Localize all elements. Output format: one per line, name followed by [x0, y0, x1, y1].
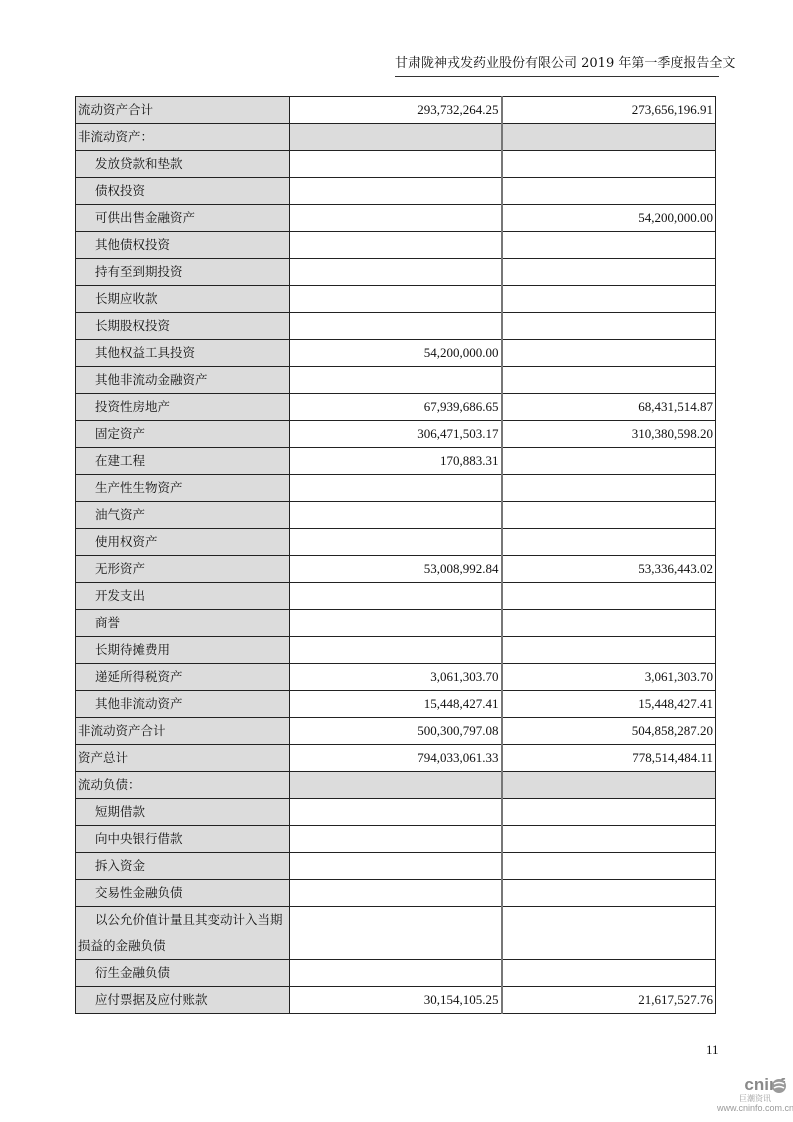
row-label: 交易性金融负债 [76, 880, 290, 907]
table-row: 债权投资 [76, 178, 716, 205]
total-row: 资产总计794,033,061.33778,514,484.11 [76, 745, 716, 772]
current-period-value [290, 286, 502, 313]
current-period-value [290, 205, 502, 232]
row-label: 资产总计 [76, 745, 290, 772]
table-row: 其他债权投资 [76, 232, 716, 259]
page-number: 11 [706, 1042, 719, 1058]
previous-period-value: 53,336,443.02 [502, 556, 716, 583]
previous-period-value [502, 907, 716, 960]
previous-period-value [502, 853, 716, 880]
current-period-value: 30,154,105.25 [290, 987, 502, 1014]
table-row: 长期股权投资 [76, 313, 716, 340]
table-row: 其他非流动资产15,448,427.4115,448,427.41 [76, 691, 716, 718]
current-period-value: 67,939,686.65 [290, 394, 502, 421]
previous-period-value [502, 448, 716, 475]
previous-period-value [502, 529, 716, 556]
previous-period-value: 54,200,000.00 [502, 205, 716, 232]
table-row: 发放贷款和垫款 [76, 151, 716, 178]
row-label: 递延所得税资产 [76, 664, 290, 691]
current-period-value [290, 637, 502, 664]
logo-url-text: www.cninfo.com.cn [717, 1103, 793, 1114]
row-label: 无形资产 [76, 556, 290, 583]
previous-period-value [502, 367, 716, 394]
cninfo-logo: cninf 巨潮资讯 www.cninfo.com.cn [717, 1076, 793, 1122]
current-period-value [290, 529, 502, 556]
previous-period-value: 273,656,196.91 [502, 97, 716, 124]
row-label: 持有至到期投资 [76, 259, 290, 286]
current-period-value [290, 799, 502, 826]
previous-period-value [502, 880, 716, 907]
table-row: 商誉 [76, 610, 716, 637]
current-period-value: 794,033,061.33 [290, 745, 502, 772]
previous-period-value [502, 124, 716, 151]
current-period-value: 306,471,503.17 [290, 421, 502, 448]
table-row: 应付票据及应付账款30,154,105.2521,617,527.76 [76, 987, 716, 1014]
current-period-value [290, 475, 502, 502]
total-row: 非流动资产合计500,300,797.08504,858,287.20 [76, 718, 716, 745]
table-row: 长期待摊费用 [76, 637, 716, 664]
table-row: 递延所得税资产3,061,303.703,061,303.70 [76, 664, 716, 691]
table-row: 其他权益工具投资54,200,000.00 [76, 340, 716, 367]
current-period-value [290, 178, 502, 205]
table-row: 固定资产306,471,503.17310,380,598.20 [76, 421, 716, 448]
table-row: 短期借款 [76, 799, 716, 826]
current-period-value [290, 124, 502, 151]
table-row: 衍生金融负债 [76, 960, 716, 987]
row-label: 债权投资 [76, 178, 290, 205]
row-label: 应付票据及应付账款 [76, 987, 290, 1014]
previous-period-value: 504,858,287.20 [502, 718, 716, 745]
row-label: 向中央银行借款 [76, 826, 290, 853]
table-row: 可供出售金融资产54,200,000.00 [76, 205, 716, 232]
table-row: 在建工程170,883.31 [76, 448, 716, 475]
table-row: 交易性金融负债 [76, 880, 716, 907]
previous-period-value [502, 151, 716, 178]
row-label: 发放贷款和垫款 [76, 151, 290, 178]
row-label: 衍生金融负债 [76, 960, 290, 987]
table-row: 生产性生物资产 [76, 475, 716, 502]
table-row: 持有至到期投资 [76, 259, 716, 286]
current-period-value: 170,883.31 [290, 448, 502, 475]
current-period-value [290, 772, 502, 799]
current-period-value [290, 259, 502, 286]
current-period-value [290, 853, 502, 880]
previous-period-value [502, 259, 716, 286]
current-period-value [290, 313, 502, 340]
row-label: 长期待摊费用 [76, 637, 290, 664]
row-label: 开发支出 [76, 583, 290, 610]
current-period-value: 500,300,797.08 [290, 718, 502, 745]
table-row: 长期应收款 [76, 286, 716, 313]
row-label: 短期借款 [76, 799, 290, 826]
previous-period-value [502, 475, 716, 502]
current-period-value [290, 960, 502, 987]
previous-period-value [502, 232, 716, 259]
previous-period-value [502, 637, 716, 664]
table-row: 使用权资产 [76, 529, 716, 556]
document-title: 甘肃陇神戎发药业股份有限公司 2019 年第一季度报告全文 [395, 56, 735, 71]
section-label: 流动负债： [76, 772, 290, 799]
current-period-value: 15,448,427.41 [290, 691, 502, 718]
previous-period-value [502, 826, 716, 853]
previous-period-value [502, 340, 716, 367]
cninfo-swirl-icon [771, 1078, 787, 1094]
previous-period-value: 3,061,303.70 [502, 664, 716, 691]
current-period-value [290, 502, 502, 529]
current-period-value: 3,061,303.70 [290, 664, 502, 691]
previous-period-value: 15,448,427.41 [502, 691, 716, 718]
previous-period-value [502, 799, 716, 826]
previous-period-value: 310,380,598.20 [502, 421, 716, 448]
row-label: 长期应收款 [76, 286, 290, 313]
previous-period-value [502, 610, 716, 637]
table-row: 其他非流动金融资产 [76, 367, 716, 394]
row-label: 生产性生物资产 [76, 475, 290, 502]
previous-period-value [502, 960, 716, 987]
previous-period-value [502, 772, 716, 799]
row-label: 流动资产合计 [76, 97, 290, 124]
current-period-value: 54,200,000.00 [290, 340, 502, 367]
table-row: 开发支出 [76, 583, 716, 610]
current-period-value [290, 367, 502, 394]
table-row: 投资性房地产67,939,686.6568,431,514.87 [76, 394, 716, 421]
row-label: 拆入资金 [76, 853, 290, 880]
previous-period-value: 21,617,527.76 [502, 987, 716, 1014]
current-period-value: 53,008,992.84 [290, 556, 502, 583]
table-row: 拆入资金 [76, 853, 716, 880]
section-header-row: 非流动资产： [76, 124, 716, 151]
section-label: 非流动资产： [76, 124, 290, 151]
row-label: 可供出售金融资产 [76, 205, 290, 232]
table-row: 无形资产53,008,992.8453,336,443.02 [76, 556, 716, 583]
current-period-value [290, 907, 502, 960]
row-label: 其他权益工具投资 [76, 340, 290, 367]
current-period-value: 293,732,264.25 [290, 97, 502, 124]
current-period-value [290, 232, 502, 259]
previous-period-value: 778,514,484.11 [502, 745, 716, 772]
current-period-value [290, 880, 502, 907]
table-row: 以公允价值计量且其变动计入当期损益的金融负债 [76, 907, 716, 960]
current-period-value [290, 583, 502, 610]
previous-period-value [502, 286, 716, 313]
section-header-row: 流动负债： [76, 772, 716, 799]
current-period-value [290, 826, 502, 853]
row-label: 投资性房地产 [76, 394, 290, 421]
previous-period-value [502, 502, 716, 529]
logo-chinese-text: 巨潮资讯 [717, 1094, 793, 1103]
balance-sheet-table: 流动资产合计293,732,264.25273,656,196.91 非流动资产… [75, 96, 716, 1014]
row-label: 固定资产 [76, 421, 290, 448]
row-label: 长期股权投资 [76, 313, 290, 340]
row-label: 其他非流动金融资产 [76, 367, 290, 394]
previous-period-value [502, 313, 716, 340]
row-label: 其他非流动资产 [76, 691, 290, 718]
row-label: 使用权资产 [76, 529, 290, 556]
row-label: 商誉 [76, 610, 290, 637]
previous-period-value [502, 178, 716, 205]
row-label: 以公允价值计量且其变动计入当期损益的金融负债 [76, 907, 290, 960]
document-header: 甘肃陇神戎发药业股份有限公司 2019 年第一季度报告全文 [395, 54, 719, 77]
current-period-value [290, 610, 502, 637]
previous-period-value: 68,431,514.87 [502, 394, 716, 421]
row-label: 油气资产 [76, 502, 290, 529]
row-label: 在建工程 [76, 448, 290, 475]
current-period-value [290, 151, 502, 178]
row-label: 其他债权投资 [76, 232, 290, 259]
row-label: 非流动资产合计 [76, 718, 290, 745]
previous-period-value [502, 583, 716, 610]
table-row: 流动资产合计293,732,264.25273,656,196.91 [76, 97, 716, 124]
table-row: 油气资产 [76, 502, 716, 529]
table-row: 向中央银行借款 [76, 826, 716, 853]
